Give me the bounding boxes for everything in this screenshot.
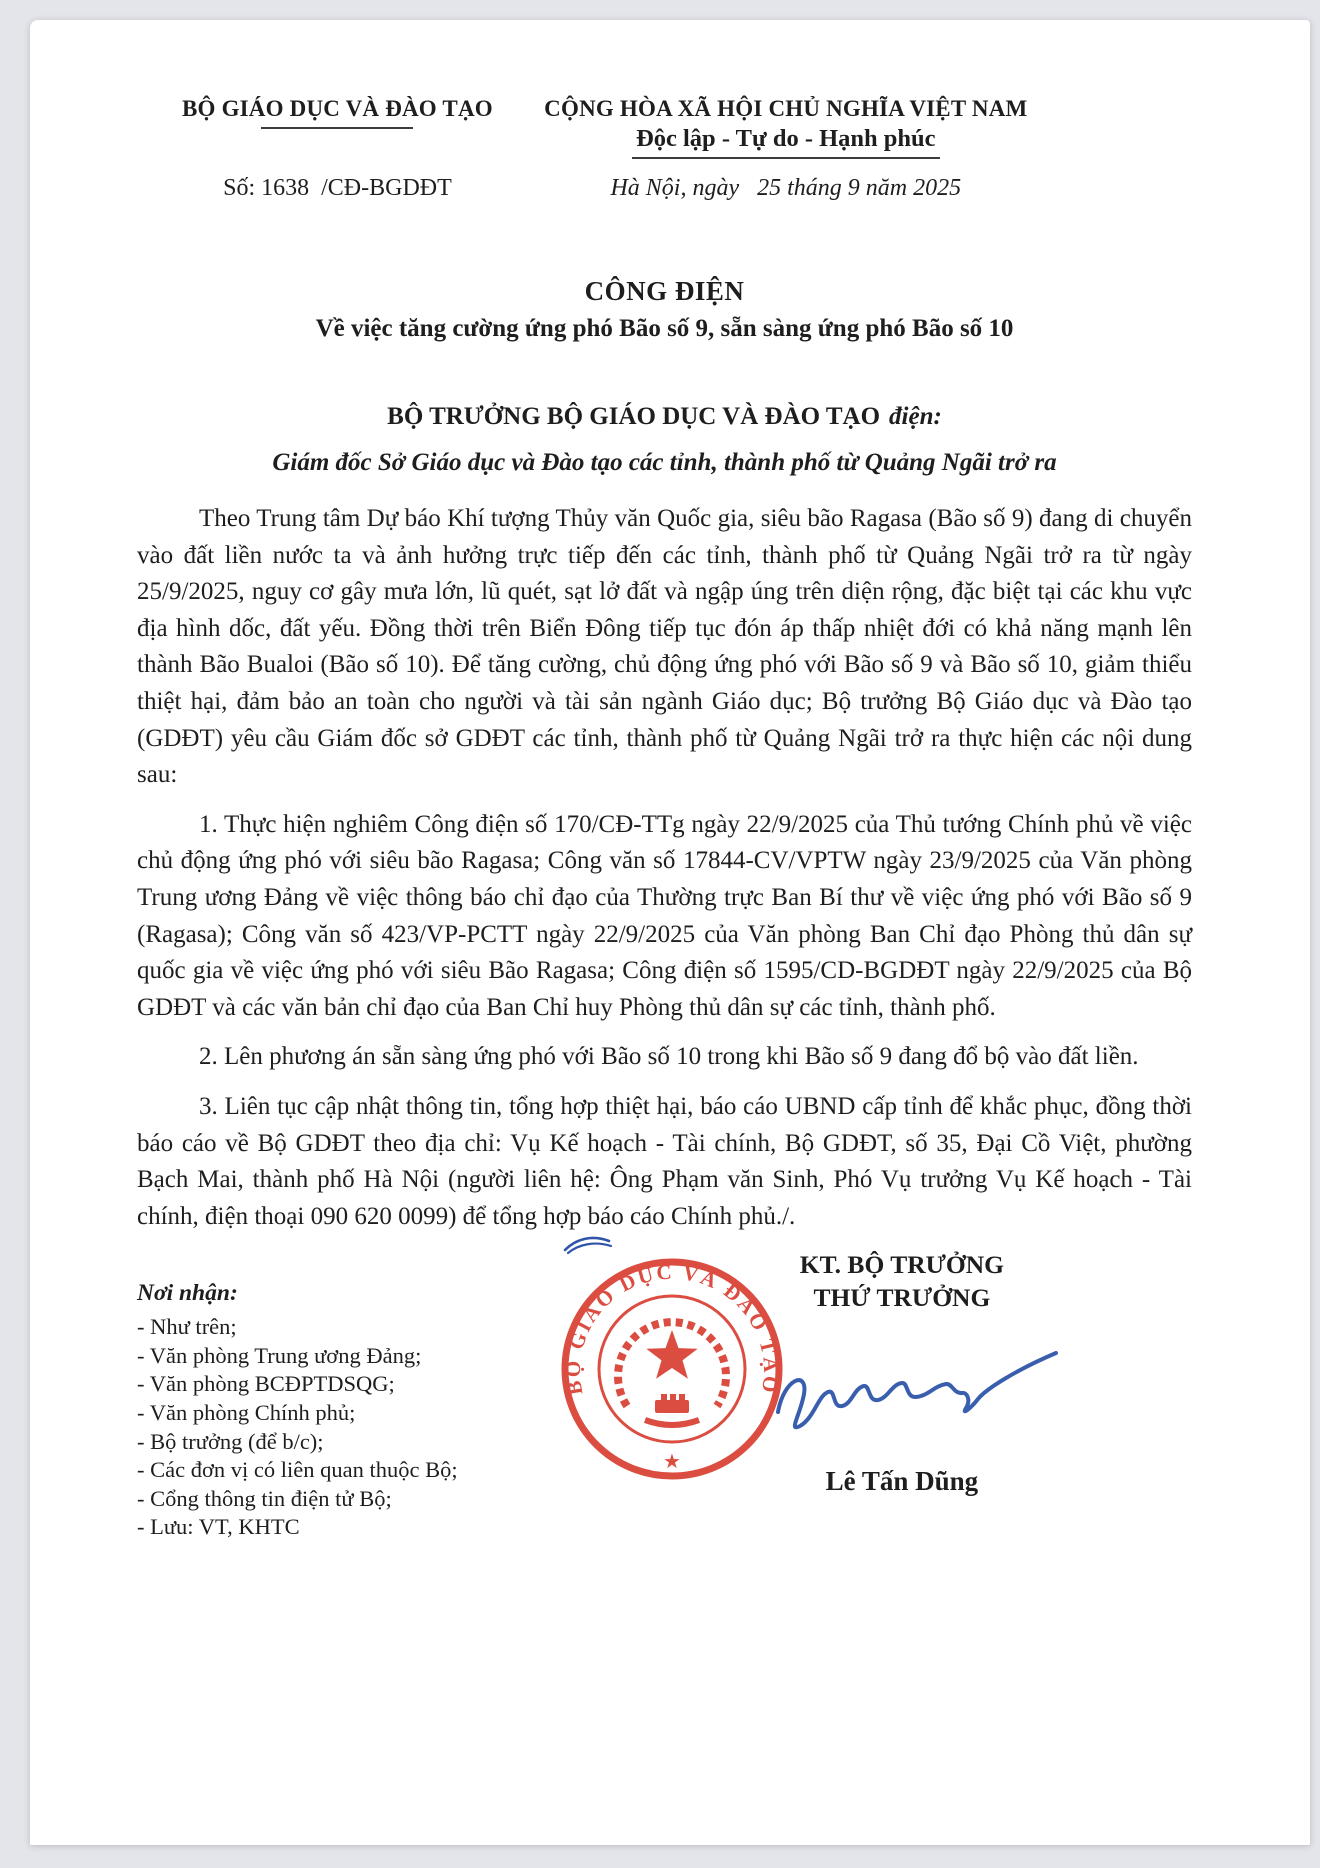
signer-name: Lê Tấn Dũng [612, 1466, 1192, 1497]
sender-heading-text: BỘ TRƯỞNG BỘ GIÁO DỤC VÀ ĐÀO TẠO [387, 403, 880, 430]
paragraph-item-2: 2. Lên phương án sẵn sàng ứng phó với Bã… [137, 1039, 1192, 1076]
issuing-org-name: BỘ GIÁO DỤC VÀ ĐÀO TẠO [137, 96, 538, 122]
recipient-item: - Các đơn vị có liên quan thuộc Bộ; [137, 1456, 622, 1485]
signature-block: KT. BỘ TRƯỞNG THỨ TRƯỞNG Lê Tấn Dũng [612, 1248, 1192, 1497]
recipients-heading: Nơi nhận: [137, 1280, 622, 1307]
signing-authority-line2: THỨ TRƯỞNG [612, 1281, 1192, 1314]
recipient-item: - Văn phòng BCĐPTDSQG; [137, 1370, 622, 1399]
document-paper: BỘ GIÁO DỤC VÀ ĐÀO TẠO Số: 1638 /CĐ-BGDĐ… [30, 20, 1310, 1845]
document-number: Số: 1638 /CĐ-BGDĐT [137, 175, 538, 202]
org-underline-divider [261, 127, 413, 129]
recipient-item: - Lưu: VT, KHTC [137, 1513, 622, 1542]
document-subject: Về việc tăng cường ứng phó Bão số 9, sẵn… [137, 315, 1192, 343]
sender-heading: BỘ TRƯỞNG BỘ GIÁO DỤC VÀ ĐÀO TẠOđiện: [137, 403, 1192, 431]
paragraph-item-1: 1. Thực hiện nghiêm Công điện số 170/CĐ-… [137, 807, 1192, 1027]
document-header: BỘ GIÁO DỤC VÀ ĐÀO TẠO Số: 1638 /CĐ-BGDĐ… [137, 96, 1192, 202]
addressee-line: Giám đốc Sở Giáo dục và Đào tạo các tỉnh… [137, 449, 1192, 477]
signing-authority-line1: KT. BỘ TRƯỞNG [612, 1248, 1192, 1281]
national-motto: Độc lập - Tự do - Hạnh phúc [632, 125, 939, 159]
recipients-block: Nơi nhận: - Như trên; - Văn phòng Trung … [137, 1248, 622, 1542]
national-title: CỘNG HÒA XÃ HỘI CHỦ NGHĨA VIỆT NAM [538, 96, 1034, 122]
issuing-org-block: BỘ GIÁO DỤC VÀ ĐÀO TẠO Số: 1638 /CĐ-BGDĐ… [137, 96, 538, 202]
paragraph-item-3: 3. Liên tục cập nhật thông tin, tổng hợp… [137, 1089, 1192, 1235]
national-header-block: CỘNG HÒA XÃ HỘI CHỦ NGHĨA VIỆT NAM Độc l… [538, 96, 1034, 202]
place-date-line: Hà Nội, ngày 25 tháng 9 năm 2025 [538, 175, 1034, 202]
recipient-item: - Như trên; [137, 1313, 622, 1342]
recipient-item: - Cổng thông tin điện tử Bộ; [137, 1485, 622, 1514]
paragraph-intro: Theo Trung tâm Dự báo Khí tượng Thủy văn… [137, 501, 1192, 794]
recipient-item: - Bộ trưởng (để b/c); [137, 1428, 622, 1457]
document-type-title: CÔNG ĐIỆN [137, 276, 1192, 307]
sender-heading-suffix: điện: [889, 403, 942, 430]
recipient-item: - Văn phòng Trung ương Đảng; [137, 1342, 622, 1371]
page-background: { "doc": { "header": { "org_name": "BỘ G… [0, 0, 1320, 1868]
recipient-item: - Văn phòng Chính phủ; [137, 1399, 622, 1428]
document-footer: Nơi nhận: - Như trên; - Văn phòng Trung … [137, 1248, 1192, 1578]
document-body: Theo Trung tâm Dự báo Khí tượng Thủy văn… [137, 501, 1192, 1235]
signature-stroke [762, 1344, 1062, 1456]
